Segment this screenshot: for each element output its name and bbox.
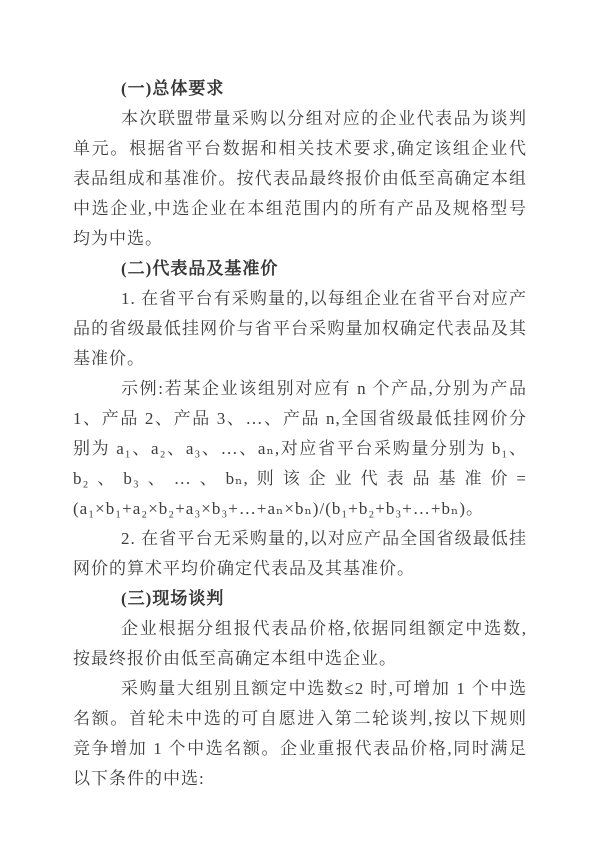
paragraph-negotiation-rule: 企业根据分组报代表品价格,依据同组额定中选数,按最终报价由低至高确定本组中选企业… — [73, 614, 527, 674]
section-heading-representative-products-benchmark-price: (二)代表品及基准价 — [73, 254, 527, 284]
paragraph-benchmark-rule-1: 1. 在省平台有采购量的,以每组企业在省平台对应产品的省级最低挂网价与省平台采购… — [73, 284, 527, 374]
paragraph-additional-selection-rule: 采购量大组别且额定中选数≤2 时,可增加 1 个中选名额。首轮未中选的可自愿进入… — [73, 674, 527, 794]
paragraph-benchmark-rule-2: 2. 在省平台无采购量的,以对应产品全国省级最低挂网价的算术平均价确定代表品及其… — [73, 524, 527, 584]
document-page: (一)总体要求 本次联盟带量采购以分组对应的企业代表品为谈判单元。根据省平台数据… — [0, 0, 600, 848]
section-heading-onsite-negotiation: (三)现场谈判 — [73, 584, 527, 614]
section-heading-overall-requirements: (一)总体要求 — [73, 74, 527, 104]
paragraph-benchmark-example-formula: 示例:若某企业该组别对应有 n 个产品,分别为产品 1、产品 2、产品 3、…、… — [73, 374, 527, 524]
paragraph-overall-requirements: 本次联盟带量采购以分组对应的企业代表品为谈判单元。根据省平台数据和相关技术要求,… — [73, 104, 527, 254]
